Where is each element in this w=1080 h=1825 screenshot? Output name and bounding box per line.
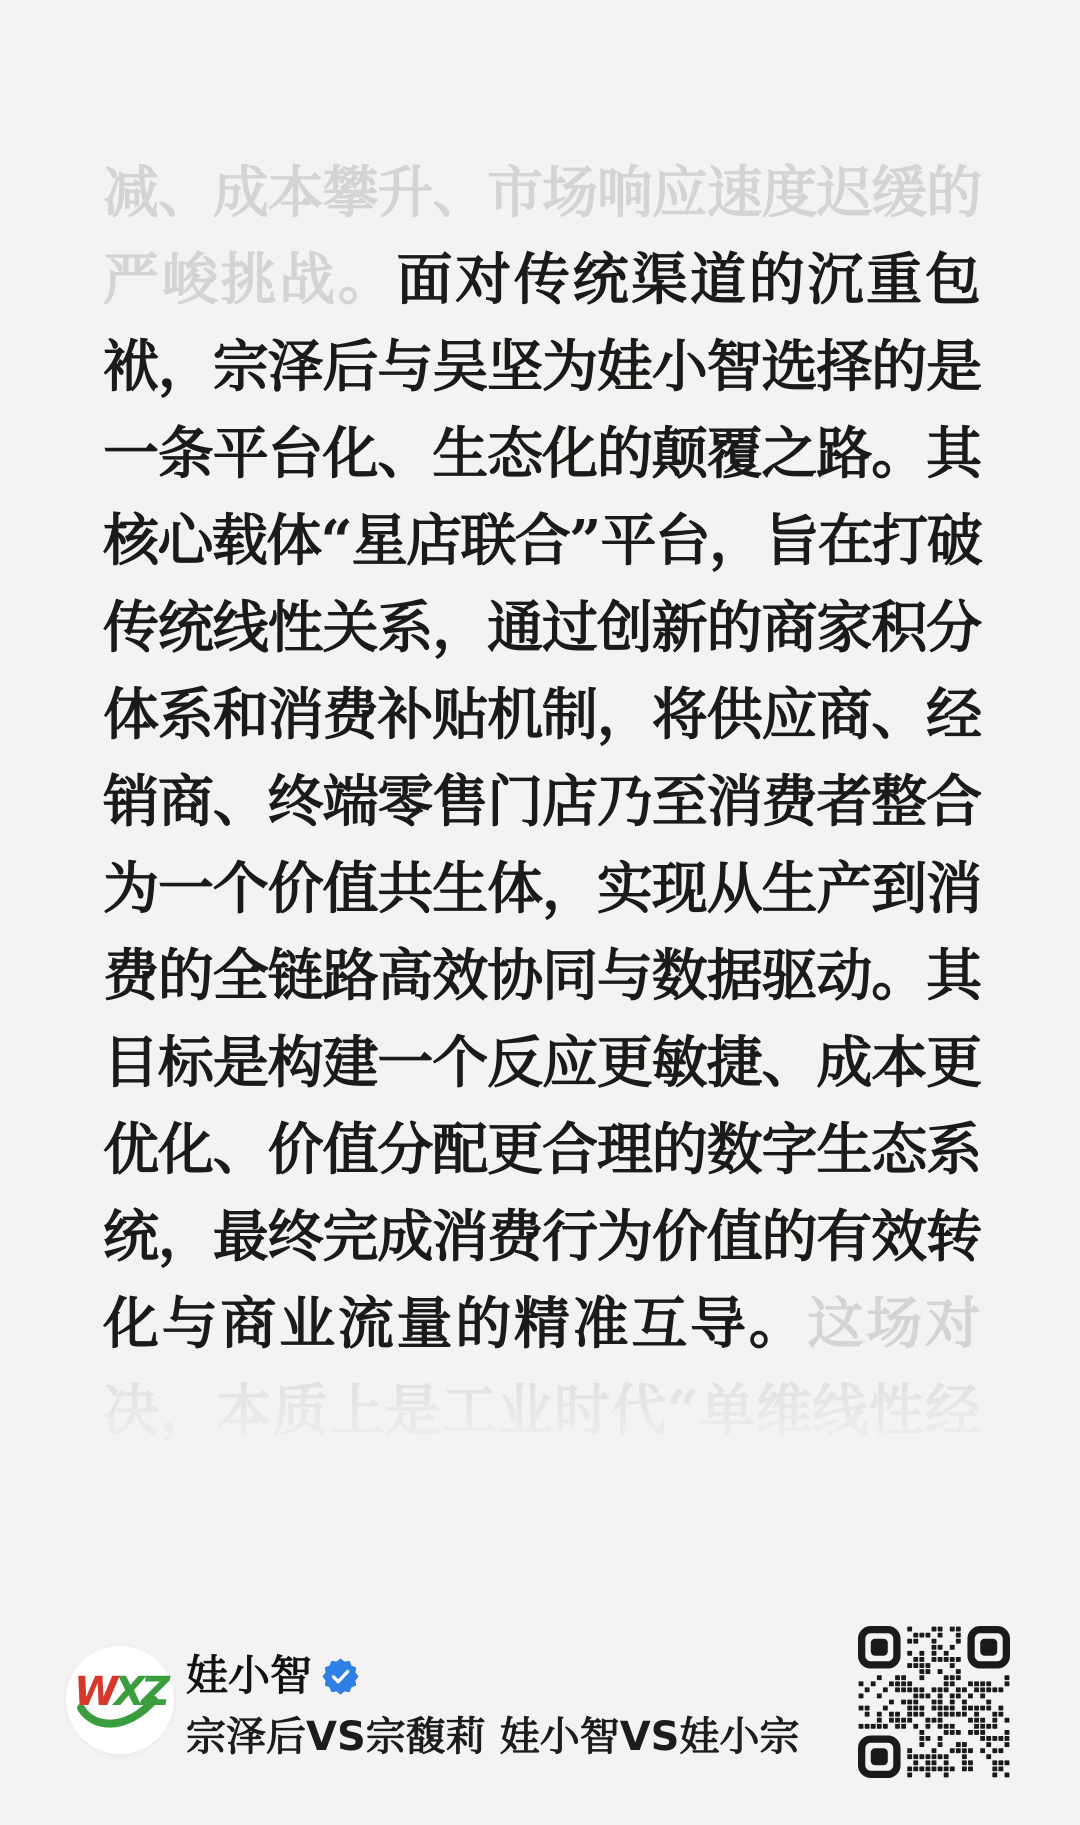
text-line: 目标是构建一个反应更敏捷、成本更 [103, 1020, 981, 1107]
logo-letter-z: Z [141, 1669, 166, 1715]
text-line: 销商、终端零售门店乃至消费者整合 [103, 759, 981, 846]
text-line: 统，最终完成消费行为价值的有效转 [103, 1194, 981, 1281]
text-line: 核心载体“星店联合”平台，旨在打破 [103, 498, 981, 585]
brand-logo-letters: WXZ [66, 1672, 174, 1712]
account-name: 娃小智 [186, 1655, 312, 1697]
logo-letter-w: W [74, 1669, 114, 1715]
text-line: 为一个价值共生体，实现从生产到消 [103, 846, 981, 933]
text-line: 决，本质上是工业时代“单维线性经 [103, 1368, 981, 1455]
logo-letter-x: X [114, 1669, 141, 1715]
text-line: 严峻挑战。面对传统渠道的沉重包 [103, 237, 981, 324]
text-line: 优化、价值分配更合理的数字生态系 [103, 1107, 981, 1194]
account-tagline: 宗泽后VS宗馥莉 娃小智VS娃小宗 [186, 1714, 799, 1760]
text-line: 减、成本攀升、市场响应速度迟缓的 [103, 150, 981, 237]
text-line: 袱，宗泽后与吴坚为娃小智选择的是 [103, 324, 981, 411]
text-line: 体系和消费补贴机制，将供应商、经 [103, 672, 981, 759]
text-line: 一条平台化、生态化的颠覆之路。其 [103, 411, 981, 498]
verified-badge-icon [322, 1658, 359, 1695]
qr-code [858, 1626, 1010, 1778]
text-line: 化与商业流量的精准互导。这场对 [103, 1281, 981, 1368]
account-row: 娃小智 [186, 1650, 359, 1702]
article-text: 减、成本攀升、市场响应速度迟缓的严峻挑战。面对传统渠道的沉重包袱，宗泽后与吴坚为… [103, 150, 981, 1455]
brand-logo: WXZ [66, 1646, 174, 1754]
text-line: 费的全链路高效协同与数据驱动。其 [103, 933, 981, 1020]
share-card: 减、成本攀升、市场响应速度迟缓的严峻挑战。面对传统渠道的沉重包袱，宗泽后与吴坚为… [0, 0, 1080, 1825]
text-line: 传统线性关系，通过创新的商家积分 [103, 585, 981, 672]
